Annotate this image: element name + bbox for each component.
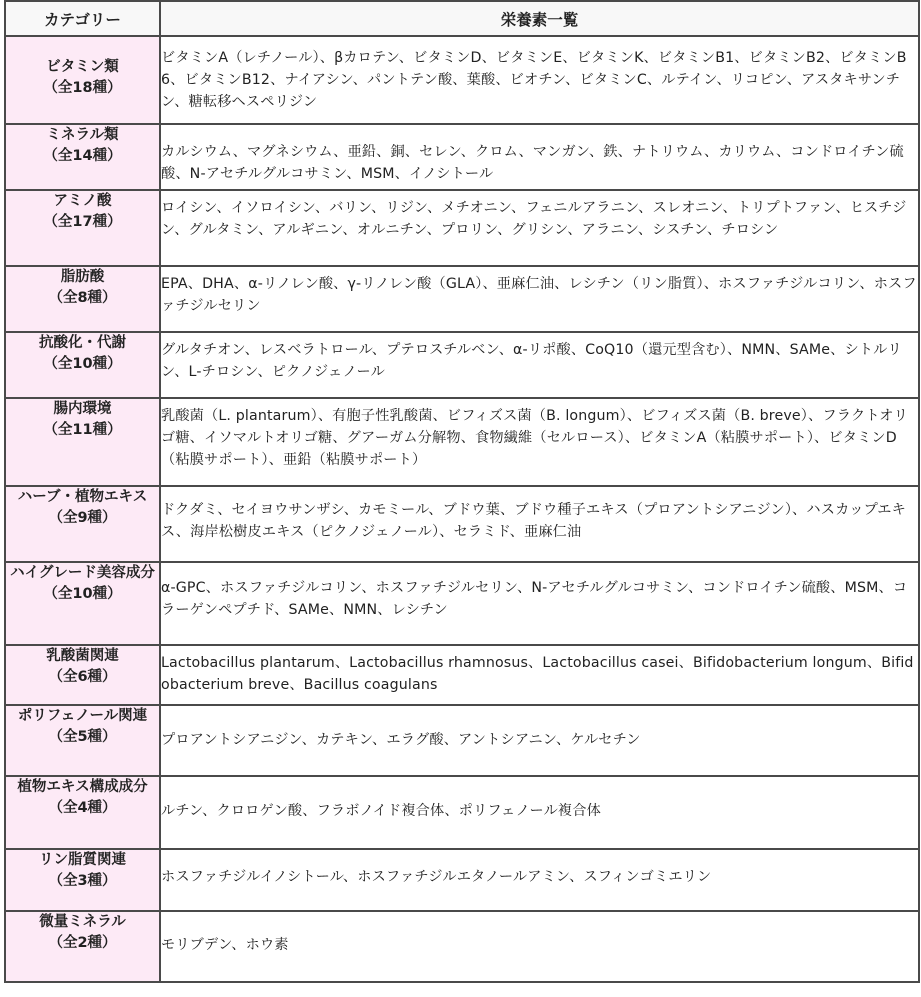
category-cell: ビタミン類 （全18種） — [5, 36, 160, 124]
category-name: ビタミン類 — [6, 57, 159, 78]
table-row: 腸内環境 （全11種） 乳酸菌（L. plantarum）、有胞子性乳酸菌、ビフ… — [5, 398, 919, 486]
nutrient-list-cell: ホスファチジルイノシトール、ホスファチジルエタノールアミン、スフィンゴミエリン — [160, 849, 919, 911]
category-count: （全8種） — [6, 288, 159, 309]
category-count: （全2種） — [6, 933, 159, 954]
header-nutrients: 栄養素一覧 — [160, 1, 919, 36]
nutrient-table-container: カテゴリー 栄養素一覧 ビタミン類 （全18種） ビタミンA（レチノール）、βカ… — [4, 0, 918, 983]
category-cell: 脂肪酸 （全8種） — [5, 266, 160, 332]
category-cell: 腸内環境 （全11種） — [5, 398, 160, 486]
nutrient-list-cell: モリブデン、ホウ素 — [160, 911, 919, 982]
category-count: （全17種） — [6, 212, 159, 233]
nutrient-list-cell: 乳酸菌（L. plantarum）、有胞子性乳酸菌、ビフィズス菌（B. long… — [160, 398, 919, 486]
category-cell: ポリフェノール関連 （全5種） — [5, 705, 160, 776]
category-count: （全4種） — [6, 798, 159, 819]
nutrient-list-cell: Lactobacillus plantarum、Lactobacillus rh… — [160, 645, 919, 705]
category-cell: 抗酸化・代謝 （全10種） — [5, 332, 160, 398]
category-name: ポリフェノール関連 — [6, 706, 159, 727]
table-row: ミネラル類 （全14種） カルシウム、マグネシウム、亜鉛、銅、セレン、クロム、マ… — [5, 124, 919, 190]
table-row: 脂肪酸 （全8種） EPA、DHA、α-リノレン酸、γ-リノレン酸（GLA）、亜… — [5, 266, 919, 332]
category-cell: 乳酸菌関連 （全6種） — [5, 645, 160, 705]
nutrient-list-cell: プロアントシアニジン、カテキン、エラグ酸、アントシアニン、ケルセチン — [160, 705, 919, 776]
category-count: （全10種） — [6, 354, 159, 375]
category-name: ハイグレード美容成分 — [6, 563, 159, 584]
category-cell: ミネラル類 （全14種） — [5, 124, 160, 190]
table-row: リン脂質関連 （全3種） ホスファチジルイノシトール、ホスファチジルエタノールア… — [5, 849, 919, 911]
category-name: 微量ミネラル — [6, 912, 159, 933]
table-header-row: カテゴリー 栄養素一覧 — [5, 1, 919, 36]
nutrient-list-cell: ビタミンA（レチノール）、βカロテン、ビタミンD、ビタミンE、ビタミンK、ビタミ… — [160, 36, 919, 124]
category-name: ハーブ・植物エキス — [6, 487, 159, 508]
table-row: アミノ酸 （全17種） ロイシン、イソロイシン、バリン、リジン、メチオニン、フェ… — [5, 190, 919, 266]
category-name: アミノ酸 — [6, 191, 159, 212]
category-count: （全5種） — [6, 727, 159, 748]
table-row: 植物エキス構成成分 （全4種） ルチン、クロロゲン酸、フラボノイド複合体、ポリフ… — [5, 776, 919, 849]
nutrient-table: カテゴリー 栄養素一覧 ビタミン類 （全18種） ビタミンA（レチノール）、βカ… — [4, 0, 920, 983]
category-cell: リン脂質関連 （全3種） — [5, 849, 160, 911]
nutrient-list-cell: EPA、DHA、α-リノレン酸、γ-リノレン酸（GLA）、亜麻仁油、レシチン（リ… — [160, 266, 919, 332]
category-name: 脂肪酸 — [6, 267, 159, 288]
category-cell: ハイグレード美容成分 （全10種） — [5, 562, 160, 645]
category-count: （全11種） — [6, 420, 159, 441]
category-cell: ハーブ・植物エキス （全9種） — [5, 486, 160, 562]
header-category: カテゴリー — [5, 1, 160, 36]
nutrient-list-cell: カルシウム、マグネシウム、亜鉛、銅、セレン、クロム、マンガン、鉄、ナトリウム、カ… — [160, 124, 919, 190]
category-cell: アミノ酸 （全17種） — [5, 190, 160, 266]
nutrient-list-cell: グルタチオン、レスベラトロール、プテロスチルベン、α-リポ酸、CoQ10（還元型… — [160, 332, 919, 398]
category-count: （全10種） — [6, 584, 159, 605]
category-name: 植物エキス構成成分 — [6, 777, 159, 798]
table-row: ポリフェノール関連 （全5種） プロアントシアニジン、カテキン、エラグ酸、アント… — [5, 705, 919, 776]
category-name: リン脂質関連 — [6, 850, 159, 871]
category-name: 腸内環境 — [6, 399, 159, 420]
category-cell: 植物エキス構成成分 （全4種） — [5, 776, 160, 849]
nutrient-list-cell: α-GPC、ホスファチジルコリン、ホスファチジルセリン、N-アセチルグルコサミン… — [160, 562, 919, 645]
table-row: 抗酸化・代謝 （全10種） グルタチオン、レスベラトロール、プテロスチルベン、α… — [5, 332, 919, 398]
category-count: （全9種） — [6, 508, 159, 529]
table-row: 乳酸菌関連 （全6種） Lactobacillus plantarum、Lact… — [5, 645, 919, 705]
category-count: （全18種） — [6, 78, 159, 99]
category-count: （全3種） — [6, 871, 159, 892]
category-name: 抗酸化・代謝 — [6, 333, 159, 354]
category-cell: 微量ミネラル （全2種） — [5, 911, 160, 982]
table-row: ハイグレード美容成分 （全10種） α-GPC、ホスファチジルコリン、ホスファチ… — [5, 562, 919, 645]
table-row: 微量ミネラル （全2種） モリブデン、ホウ素 — [5, 911, 919, 982]
category-name: 乳酸菌関連 — [6, 646, 159, 667]
nutrient-list-cell: ロイシン、イソロイシン、バリン、リジン、メチオニン、フェニルアラニン、スレオニン… — [160, 190, 919, 266]
category-count: （全14種） — [6, 146, 159, 167]
table-row: ビタミン類 （全18種） ビタミンA（レチノール）、βカロテン、ビタミンD、ビタ… — [5, 36, 919, 124]
category-name: ミネラル類 — [6, 125, 159, 146]
category-count: （全6種） — [6, 667, 159, 688]
nutrient-list-cell: ルチン、クロロゲン酸、フラボノイド複合体、ポリフェノール複合体 — [160, 776, 919, 849]
nutrient-list-cell: ドクダミ、セイヨウサンザシ、カモミール、ブドウ葉、ブドウ種子エキス（プロアントシ… — [160, 486, 919, 562]
table-row: ハーブ・植物エキス （全9種） ドクダミ、セイヨウサンザシ、カモミール、ブドウ葉… — [5, 486, 919, 562]
